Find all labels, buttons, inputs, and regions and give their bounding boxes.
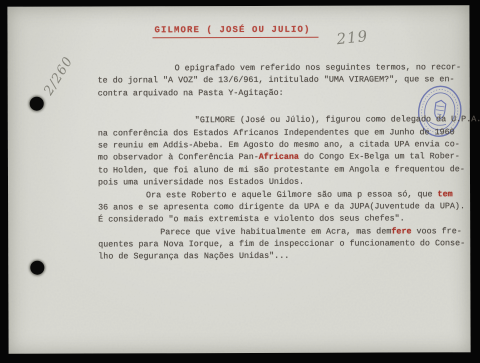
typewritten-line: te do jornal "A VOZ" de 13/6/961, intitu… [98,74,470,88]
paragraph: Ora este Roberto e aquele Gilmore são um… [98,188,470,226]
typewritten-line: lho de Segurança das Nações Unidas"... [98,250,470,264]
paragraph: "GILMORE (José ou Júlio), figurou como d… [98,113,470,189]
red-overstrike-text: fere [391,226,411,236]
red-overstrike-text: Africana [259,152,299,162]
paper-sheet: GILMORE ( JOSÉ OU JULIO) 219 2/260 O epi… [7,5,470,354]
paragraph: O epigrafado vem referido nos seguintes … [98,61,470,99]
red-overstrike-text: tem [438,189,453,199]
pencil-margin-reference: 2/260 [41,54,76,98]
typewritten-line: mo observador à Conferência Pan-Africana… [98,151,470,165]
typewritten-body: O epigrafado vem referido nos seguintes … [98,61,471,263]
punch-hole-bottom [30,261,44,275]
typewritten-line: quentes para Nova Iorque, a fim de inspe… [98,237,470,251]
typewritten-line: "GILMORE (José ou Júlio), figurou como d… [98,113,470,127]
document-title: GILMORE ( JOSÉ OU JULIO) [152,25,318,39]
paragraph: Parece que vive habitualmente em Acra, m… [98,225,470,263]
punch-hole-top [30,97,44,111]
typewritten-line: Ora este Roberto e aquele Gilmore são um… [98,188,470,202]
scanned-document: GILMORE ( JOSÉ OU JULIO) 219 2/260 O epi… [0,0,480,363]
pencil-page-number: 219 [336,27,369,48]
typewritten-line: to Holden, que foi aluno de mi são prote… [98,163,470,177]
typewritten-line: 36 anos e se apresenta como dirigente da… [98,200,470,214]
typewritten-line: contra arquivado na Pasta Y-Agitação: [98,86,470,100]
